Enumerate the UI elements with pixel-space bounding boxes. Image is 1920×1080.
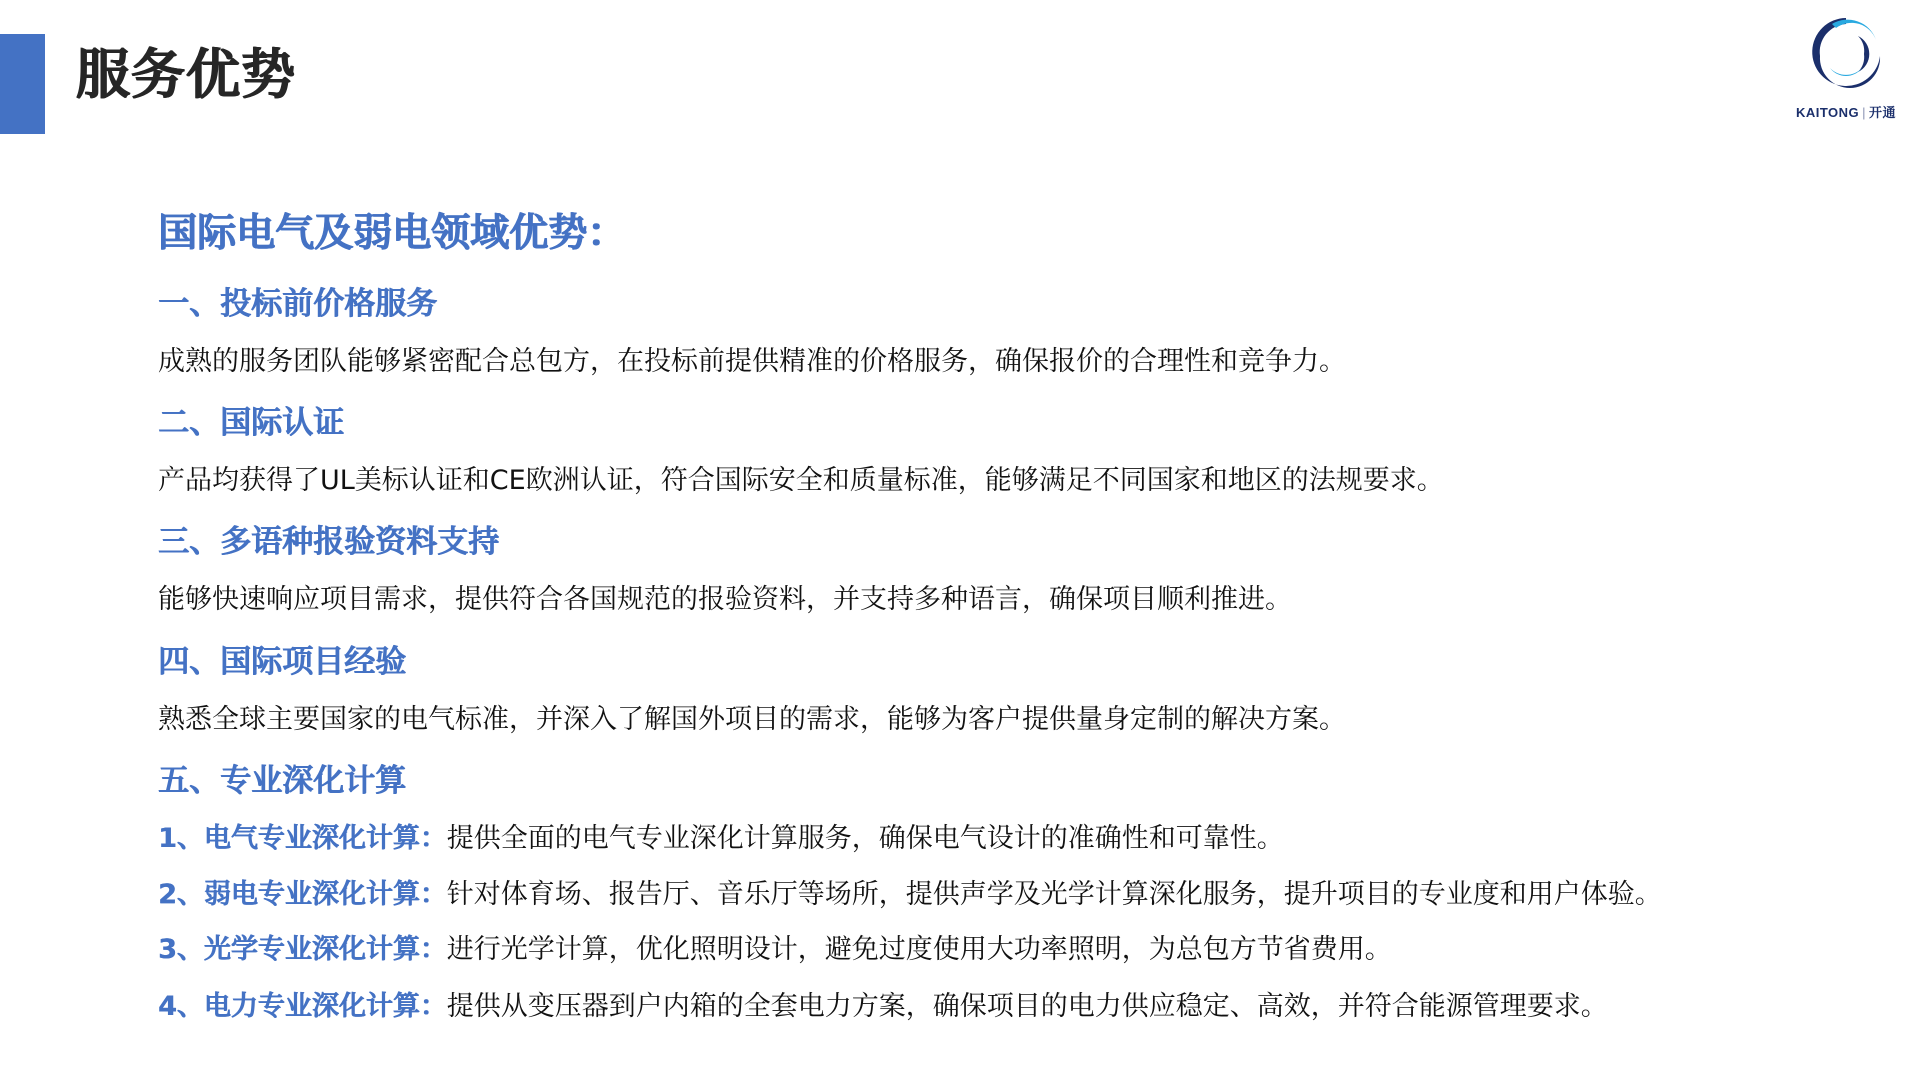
kaitong-swirl-logo-icon [1808, 10, 1884, 98]
subsection-body-1: 成熟的服务团队能够紧密配合总包方，在投标前提供精准的价格服务，确保报价的合理性和… [158, 339, 1346, 378]
title-accent-bar [0, 34, 45, 134]
calc-item-text: 提供从变压器到户内箱的全套电力方案，确保项目的电力供应稳定、高效，并符合能源管理… [447, 991, 1608, 1022]
calc-item-label: 3、光学专业深化计算： [158, 934, 447, 965]
subsection-body-4: 熟悉全球主要国家的电气标准，并深入了解国外项目的需求，能够为客户提供量身定制的解… [158, 697, 1346, 736]
logo-brand-en: KAITONG [1796, 105, 1859, 120]
logo-brand-cn: 开通 [1869, 105, 1896, 120]
subsection-heading-3: 三、多语种报验资料支持 [158, 516, 499, 561]
logo-separator: | [1862, 105, 1866, 120]
calc-item-optical: 3、光学专业深化计算：进行光学计算，优化照明设计，避免过度使用大功率照明，为总包… [158, 927, 1392, 966]
company-logo: KAITONG|开通 [1786, 10, 1906, 122]
subsection-heading-5: 五、专业深化计算 [158, 755, 406, 800]
subsection-heading-1: 一、投标前价格服务 [158, 278, 437, 323]
calc-item-low-voltage: 2、弱电专业深化计算：针对体育场、报告厅、音乐厅等场所，提供声学及光学计算深化服… [158, 872, 1662, 911]
subsection-body-3: 能够快速响应项目需求，提供符合各国规范的报验资料，并支持多种语言，确保项目顺利推… [158, 577, 1292, 616]
calc-item-label: 4、电力专业深化计算： [158, 991, 447, 1022]
section-heading: 国际电气及弱电领域优势： [158, 202, 626, 258]
page-title: 服务优势 [76, 40, 296, 110]
subsection-heading-2: 二、国际认证 [158, 397, 344, 442]
calc-item-text: 针对体育场、报告厅、音乐厅等场所，提供声学及光学计算深化服务，提升项目的专业度和… [447, 879, 1662, 910]
calc-item-power: 4、电力专业深化计算：提供从变压器到户内箱的全套电力方案，确保项目的电力供应稳定… [158, 984, 1608, 1023]
calc-item-electrical: 1、电气专业深化计算：提供全面的电气专业深化计算服务，确保电气设计的准确性和可靠… [158, 816, 1284, 855]
calc-item-label: 1、电气专业深化计算： [158, 823, 447, 854]
logo-wordmark: KAITONG|开通 [1786, 102, 1906, 121]
calc-item-label: 2、弱电专业深化计算： [158, 879, 447, 910]
calc-item-text: 提供全面的电气专业深化计算服务，确保电气设计的准确性和可靠性。 [447, 823, 1284, 854]
subsection-heading-4: 四、国际项目经验 [158, 636, 406, 681]
subsection-body-2: 产品均获得了UL美标认证和CE欧洲认证，符合国际安全和质量标准，能够满足不同国家… [158, 458, 1444, 497]
calc-item-text: 进行光学计算，优化照明设计，避免过度使用大功率照明，为总包方节省费用。 [447, 934, 1392, 965]
